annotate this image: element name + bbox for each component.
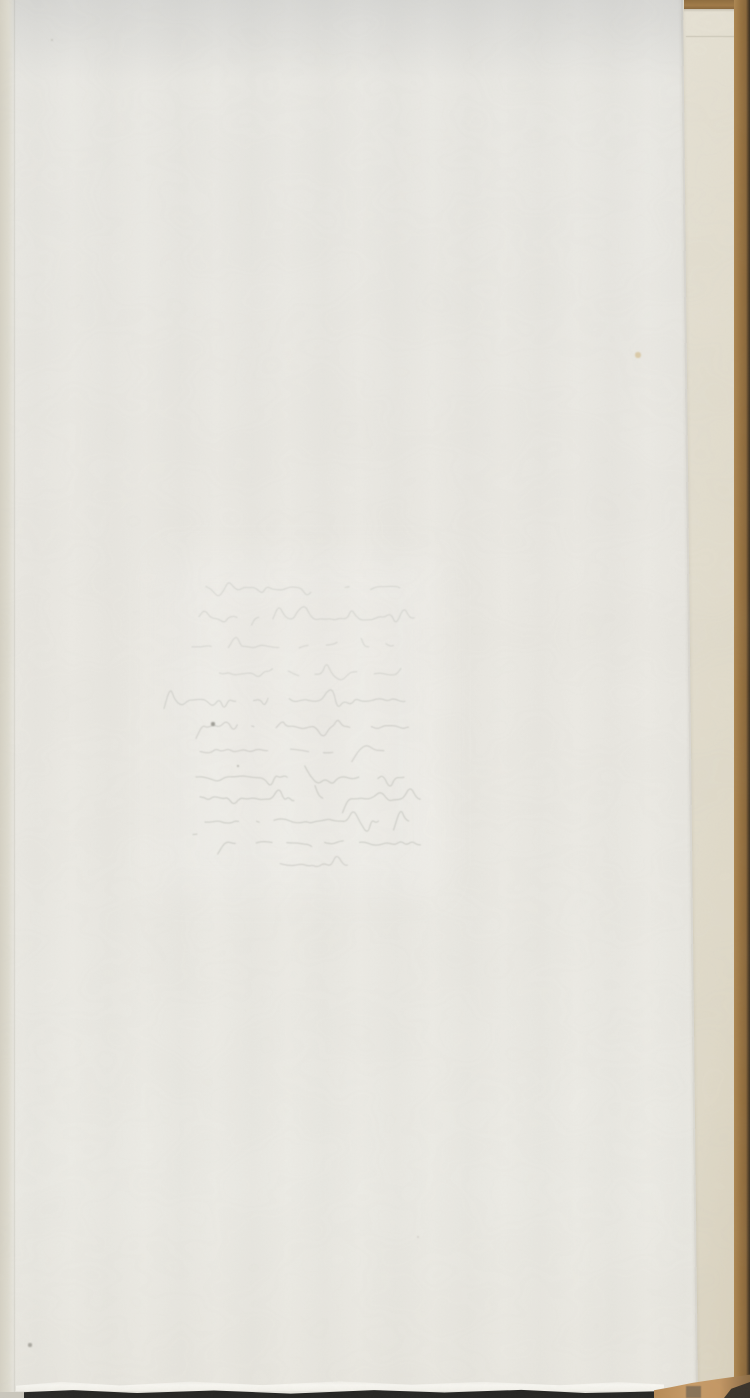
scanned-page (0, 0, 750, 1398)
scan-vignette (0, 0, 750, 1398)
